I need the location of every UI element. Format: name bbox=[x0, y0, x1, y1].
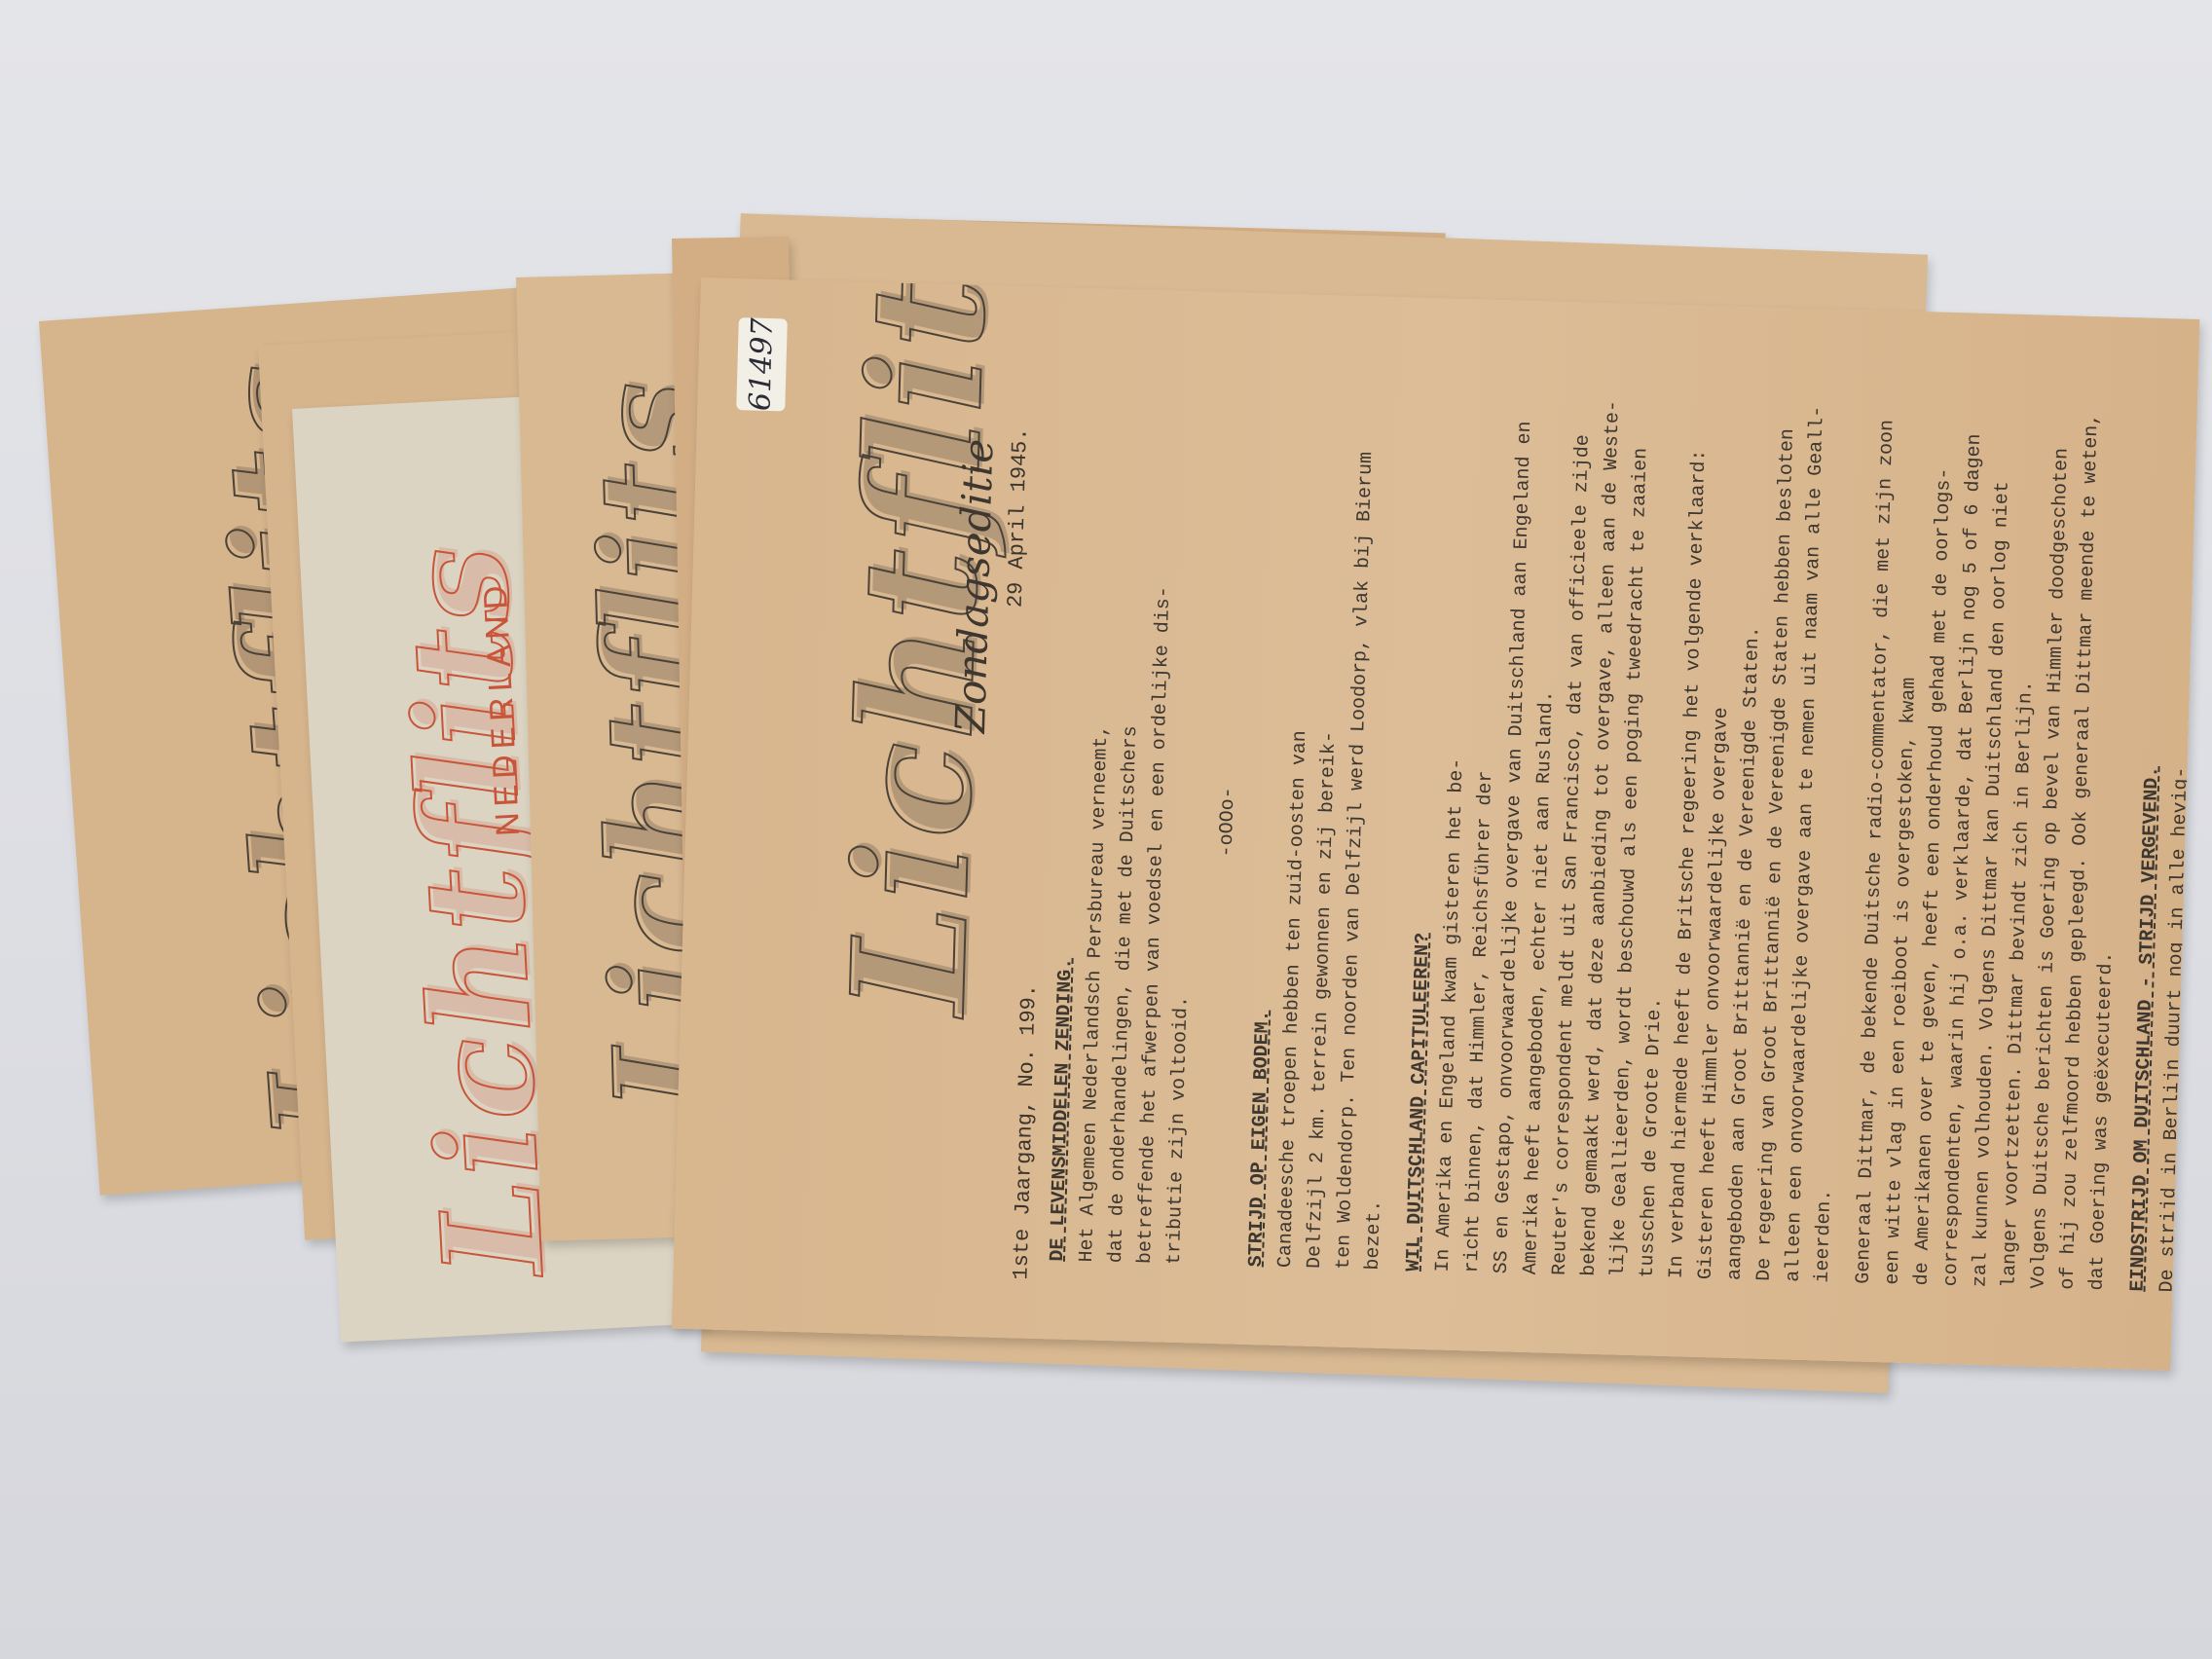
article-strijd-eigen-bodem: STRIJD OP EIGEN BODEM. Canadeesche troep… bbox=[1242, 332, 1415, 1271]
article-dittmar: Generaal Dittmar, de bekende Duitsche ra… bbox=[1850, 350, 2139, 1291]
article-capituleeren: WIL DUITSCHLAND CAPITULEEREN? In Amerika… bbox=[1400, 337, 1864, 1283]
issue-number: 1ste Jaargang, No. 199. bbox=[1009, 984, 1041, 1280]
edition-main: Zondagseditie bbox=[946, 438, 1002, 733]
catalog-number: 61497 bbox=[744, 317, 781, 411]
article-eindstrijd: EINDSTRIJD OM DUITSCHLAND - STRIJD VERGE… bbox=[2123, 357, 2199, 1297]
article-levensmiddelen: DE LEVENSMIDDELEN ZENDING. Het Algemeen … bbox=[1044, 327, 1216, 1266]
catalog-label: 61497 bbox=[736, 317, 788, 411]
issue-date: 29 April 1945. bbox=[1004, 427, 1033, 608]
article-body: DE LEVENSMIDDELEN ZENDING. Het Algemeen … bbox=[1044, 327, 2199, 1298]
paper-sheet-main: 61497 Lichtflits Zondagseditie 29 April … bbox=[672, 277, 2200, 1371]
